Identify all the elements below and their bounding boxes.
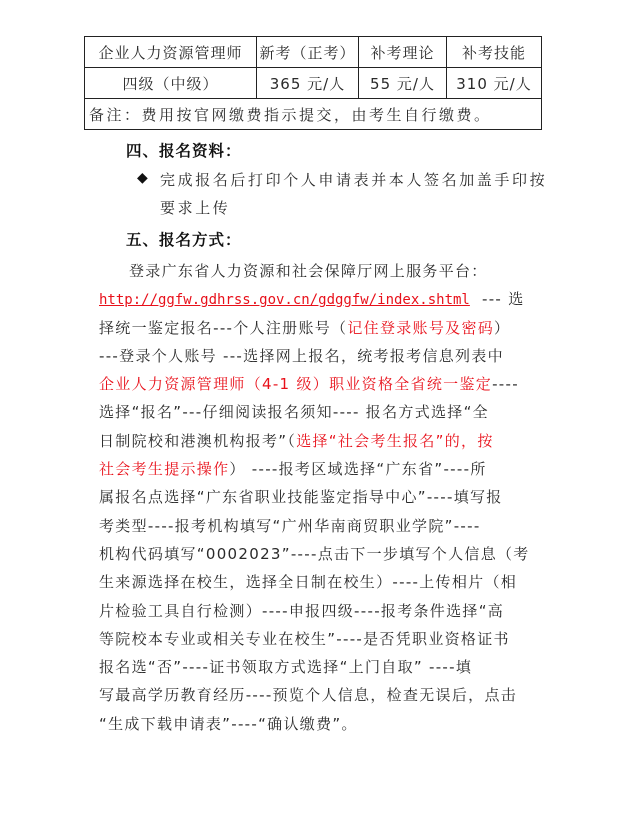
social-candidate-note: 选择“社会考生报名”的，按 [296,432,493,450]
cell-new-exam-fee: 365 元/人 [257,68,359,99]
instruction-line: “生成下载申请表”----“确认缴费”。 [99,710,539,738]
header-cell-new-exam: 新考（正考） [257,37,359,68]
section-5-heading: 五、报名方式： [126,228,242,250]
social-candidate-note-cont: 社会考生提示操作 [99,460,229,478]
instruction-line: ---登录个人账号 ---选择网上报名，统考报考信息列表中 [99,342,539,370]
instruction-line: 属报名点选择“广东省职业技能鉴定指导中心”----填写报 [99,483,539,511]
header-cell-retake-skill: 补考技能 [447,37,542,68]
instruction-line: 考类型----报考机构填写“广州华南商贸职业学院”---- [99,512,539,540]
fee-table-note-row: 备注：费用按官网缴费指示提交，由考生自行缴费。 [85,99,542,130]
instruction-line: 机构代码填写“0002023”----点击下一步填写个人信息（考 [99,540,539,568]
portal-url-link[interactable]: http://ggfw.gdhrss.gov.cn/gdggfw/index.s… [99,292,470,308]
exam-name-highlight: 企业人力资源管理师（4-1 级）职业资格全省统一鉴定 [99,375,492,393]
instruction-line: 等院校本专业或相关专业在校生”----是否凭职业资格证书 [99,625,539,653]
instruction-line: 社会考生提示操作） ----报考区域选择“广东省”----所 [99,455,539,483]
instruction-line: 报名选“否”----证书领取方式选择“上门自取” ----填 [99,653,539,681]
instruction-line: http://ggfw.gdhrss.gov.cn/gdggfw/index.s… [99,285,539,313]
header-cell-occupation: 企业人力资源管理师 [85,37,257,68]
bullet-text-line-2: 要求上传 [160,197,230,218]
section-4-heading: 四、报名资料： [126,139,242,161]
bullet-text-line-1: 完成报名后打印个人申请表并本人签名加盖手印按 [160,169,547,190]
cell-retake-skill-fee: 310 元/人 [447,68,542,99]
fee-table-header-row: 企业人力资源管理师 新考（正考） 补考理论 补考技能 [85,37,542,68]
fee-table: 企业人力资源管理师 新考（正考） 补考理论 补考技能 四级（中级） 365 元/… [84,36,542,130]
instruction-line: 选择“报名”---仔细阅读报名须知---- 报名方式选择“全 [99,398,539,426]
fee-note: 备注：费用按官网缴费指示提交，由考生自行缴费。 [85,99,542,130]
cell-retake-theory-fee: 55 元/人 [359,68,447,99]
instruction-line: 日制院校和港澳机构报考”（选择“社会考生报名”的，按 [99,427,539,455]
remember-account-note: 记住登录账号及密码 [347,319,494,337]
header-cell-retake-theory: 补考理论 [359,37,447,68]
registration-instructions: 登录广东省人力资源和社会保障厅网上服务平台： http://ggfw.gdhrs… [99,257,539,738]
instruction-line: 企业人力资源管理师（4-1 级）职业资格全省统一鉴定---- [99,370,539,398]
instruction-line: 择统一鉴定报名---个人注册账号（记住登录账号及密码） [99,314,539,342]
diamond-bullet-icon: ◆ [137,170,148,186]
instruction-line: 写最高学历教育经历----预览个人信息，检查无误后，点击 [99,681,539,709]
instruction-line: 片检验工具自行检测）----申报四级----报考条件选择“高 [99,597,539,625]
instruction-line: 生来源选择在校生，选择全日制在校生）----上传相片（相 [99,568,539,596]
cell-level: 四级（中级） [85,68,257,99]
instruction-line: 登录广东省人力资源和社会保障厅网上服务平台： [99,257,539,285]
fee-table-row: 四级（中级） 365 元/人 55 元/人 310 元/人 [85,68,542,99]
